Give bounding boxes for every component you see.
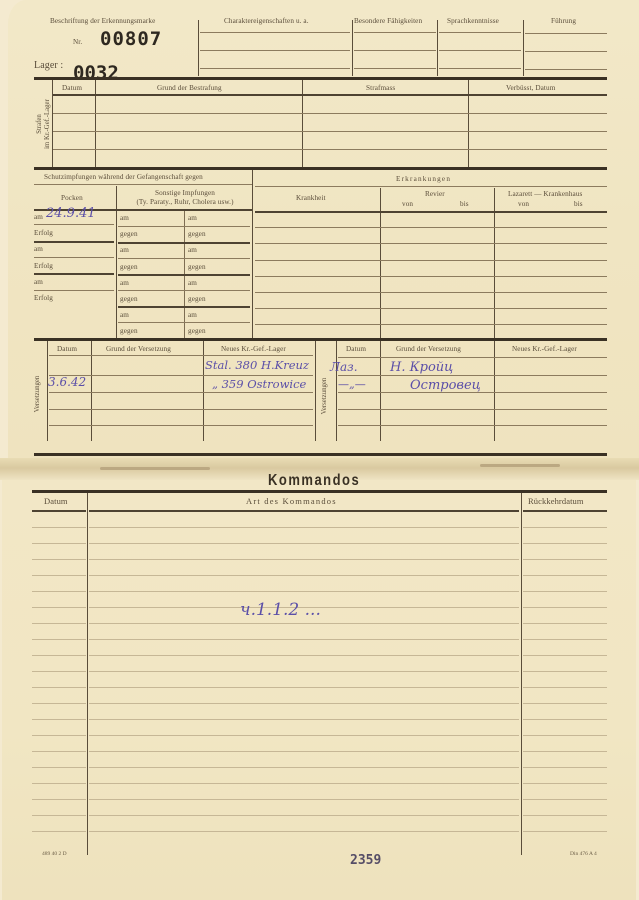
ruled-line: [32, 623, 86, 624]
kommandos-col-datum: Datum: [44, 496, 68, 506]
pocken-row-label: Erfolg: [34, 294, 53, 302]
table-row: [53, 131, 607, 132]
pocken-row-label: am: [34, 278, 43, 286]
ruled-line: [89, 575, 519, 576]
versetzung-new-camp: Stal. 380 H.Kreuz: [205, 358, 309, 372]
versetzung-reason-ru: Н. Кройц: [390, 360, 453, 375]
ruled-line: [32, 655, 86, 656]
strafen-col-grund: Grund der Bestrafung: [157, 84, 222, 92]
divider: [494, 341, 495, 441]
rule: [354, 32, 436, 33]
strafen-col-verbuesst: Verbüsst, Datum: [506, 84, 555, 92]
divider: [521, 493, 522, 855]
ruled-line: [89, 623, 519, 624]
divider: [437, 20, 438, 76]
divider: [252, 170, 253, 338]
lazarett-von-label: von: [518, 200, 529, 208]
pocken-vaccination-date: 24.9.41: [46, 206, 96, 221]
sonstige-row-label: gegen: [120, 327, 138, 335]
sonstige-label-1: Sonstige Impfungen: [118, 189, 252, 197]
ruled-line: [523, 751, 607, 752]
ruled-line: [523, 799, 607, 800]
ruled-line: [89, 527, 519, 528]
faehigkeiten-label: Besondere Fähigkeiten: [354, 17, 422, 25]
rule: [89, 510, 519, 512]
versetzung-col-lager: Neues Kr.-Gef.-Lager: [512, 345, 577, 353]
table-row: [53, 113, 607, 114]
ruled-line: [32, 527, 86, 528]
rule: [118, 290, 250, 291]
rule: [200, 32, 350, 33]
sonstige-row-label: gegen: [188, 230, 206, 238]
pocken-row-label: am: [34, 245, 43, 253]
rule: [354, 50, 436, 51]
ruled-line: [32, 783, 86, 784]
pocken-row-label: Erfolg: [34, 229, 53, 237]
sonstige-row-label: am: [120, 311, 129, 319]
erkennungsmarke-label: Beschriftung der Erkennungsmarke: [50, 17, 155, 25]
sprachkenntnisse-label: Sprachkenntnisse: [447, 17, 499, 25]
divider: [87, 493, 88, 855]
ruled-line: [89, 703, 519, 704]
ruled-line: [32, 735, 86, 736]
ruled-line: [32, 751, 86, 752]
ruled-line: [32, 703, 86, 704]
table-row: [255, 260, 607, 261]
table-row: [255, 276, 607, 277]
table-row: [255, 292, 607, 293]
ruled-line: [32, 543, 86, 544]
sonstige-row-label: gegen: [188, 263, 206, 271]
table-row: [53, 149, 607, 150]
table-row: [255, 227, 607, 228]
revier-von-label: von: [402, 200, 413, 208]
ruled-line: [89, 655, 519, 656]
charakter-label: Charaktereigenschaften u. a.: [224, 17, 309, 25]
sonstige-row-label: gegen: [120, 295, 138, 303]
rule: [439, 50, 521, 51]
sonstige-row-label: am: [188, 246, 197, 254]
divider: [203, 341, 204, 441]
ruled-line: [32, 607, 86, 608]
ruled-line: [523, 671, 607, 672]
divider: [523, 20, 524, 76]
ink-stamp-number: 2359: [350, 853, 381, 868]
divider: [380, 341, 381, 441]
section-border: [34, 338, 607, 341]
ruled-line: [32, 831, 86, 832]
rule: [354, 68, 436, 69]
impfungen-title: Schutzimpfungen während der Gefangenscha…: [44, 173, 203, 181]
ruled-line: [523, 783, 607, 784]
rule: [525, 51, 607, 52]
table-row: [255, 243, 607, 244]
versetzung-col-lager: Neues Kr.-Gef.-Lager: [221, 345, 286, 353]
kommandos-col-art: Art des Kommandos: [246, 496, 337, 506]
rule: [118, 322, 250, 323]
ruled-line: [32, 575, 86, 576]
rule: [118, 242, 250, 244]
rule: [255, 211, 607, 213]
lazarett-bis-label: bis: [574, 200, 583, 208]
ruled-line: [523, 527, 607, 528]
rule: [200, 50, 350, 51]
versetzung-reason-ru: Островец: [410, 378, 481, 393]
ruled-line: [32, 719, 86, 720]
rule: [34, 184, 252, 185]
ruled-line: [32, 671, 86, 672]
rule: [439, 32, 521, 33]
ruled-line: [523, 655, 607, 656]
fold-crease: [480, 464, 560, 467]
fuehrung-label: Führung: [551, 17, 576, 25]
rule: [118, 258, 250, 259]
ruled-line: [89, 767, 519, 768]
ruled-line: [523, 591, 607, 592]
sonstige-row-label: am: [188, 279, 197, 287]
sonstige-label-2: (Ty. Paraty., Ruhr, Cholera usw.): [118, 198, 252, 206]
divider: [198, 20, 199, 76]
ruled-line: [89, 815, 519, 816]
ruled-line: [89, 751, 519, 752]
rule: [525, 69, 607, 70]
ruled-line: [32, 815, 86, 816]
ruled-line: [89, 735, 519, 736]
versetzung-date: 3.6.42: [48, 375, 86, 389]
table-row: [49, 392, 313, 393]
section-border: [34, 453, 607, 456]
ruled-line: [523, 703, 607, 704]
ruled-line: [523, 831, 607, 832]
rule: [255, 186, 607, 187]
table-row: [338, 425, 607, 426]
ruled-line: [89, 799, 519, 800]
revier-label: Revier: [425, 190, 445, 198]
rule: [34, 224, 114, 225]
sonstige-row-label: am: [120, 279, 129, 287]
ruled-line: [523, 687, 607, 688]
ruled-line: [32, 767, 86, 768]
ruled-line: [89, 591, 519, 592]
versetzung-new-camp: „ 359 Ostrowice: [212, 377, 306, 391]
ruled-line: [523, 607, 607, 608]
divider: [352, 20, 353, 76]
pocken-label: Pocken: [61, 194, 83, 202]
form-code-right: Din 476 A 4: [570, 851, 597, 857]
table-row: [338, 409, 607, 410]
kommandos-title: Kommandos: [268, 471, 360, 489]
ruled-line: [523, 559, 607, 560]
pocken-row-label: Erfolg: [34, 262, 53, 270]
form-code-left: 489 40 2 D: [42, 851, 67, 857]
section-border: [34, 167, 607, 170]
table-row: [338, 375, 607, 376]
rule: [118, 226, 250, 227]
versetzung-col-grund: Grund der Versetzung: [106, 345, 171, 353]
ruled-line: [32, 687, 86, 688]
lazarett-label: Lazarett — Krankenhaus: [508, 190, 582, 198]
rule: [118, 306, 250, 308]
rule: [439, 68, 521, 69]
sonstige-row-label: am: [120, 246, 129, 254]
ruled-line: [89, 783, 519, 784]
rule: [338, 357, 607, 358]
ruled-line: [523, 767, 607, 768]
ruled-line: [32, 639, 86, 640]
ruled-line: [89, 543, 519, 544]
rule: [32, 510, 86, 512]
lager-label: Lager :: [34, 60, 63, 71]
divider: [336, 341, 337, 441]
rule: [53, 94, 607, 96]
ruled-line: [523, 735, 607, 736]
strafen-col-datum: Datum: [62, 84, 82, 92]
ruled-line: [32, 591, 86, 592]
ruled-line: [523, 815, 607, 816]
krankheit-label: Krankheit: [296, 194, 326, 202]
ruled-line: [32, 559, 86, 560]
sonstige-row-label: am: [188, 214, 197, 222]
versetzungen-side-label: Versetzungen: [321, 366, 329, 426]
ruled-line: [89, 639, 519, 640]
pocken-row-label: am: [34, 213, 43, 221]
sonstige-row-label: gegen: [120, 230, 138, 238]
ruled-line: [89, 831, 519, 832]
sonstige-row-label: am: [120, 214, 129, 222]
kommandos-col-rueckkehr: Rückkehrdatum: [528, 496, 584, 506]
ruled-line: [523, 719, 607, 720]
ruled-line: [523, 543, 607, 544]
kommando-handwritten-entry: ч.1.1.2 ...: [240, 600, 321, 620]
versetzung-col-datum: Datum: [346, 345, 366, 353]
table-row: [49, 425, 313, 426]
divider: [47, 341, 48, 441]
erkrankungen-title: Erkrankungen: [396, 175, 451, 183]
strafen-side-label-1: Strafen: [36, 94, 44, 154]
divider: [91, 341, 92, 441]
nr-label: Nr.: [73, 38, 82, 46]
versetzung-col-grund: Grund der Versetzung: [396, 345, 461, 353]
ruled-line: [32, 799, 86, 800]
table-row: [255, 324, 607, 325]
fold-crease: [100, 467, 210, 470]
rule: [525, 33, 607, 34]
table-row: [255, 308, 607, 309]
ruled-line: [89, 671, 519, 672]
table-row: [49, 409, 313, 410]
strafen-side-label: Strafen im Kr.-Gef.-Lager: [36, 94, 52, 154]
strafen-side-label-2: im Kr.-Gef.-Lager: [44, 94, 52, 154]
ruled-line: [523, 575, 607, 576]
rule: [49, 355, 313, 356]
versetzung-col-datum: Datum: [57, 345, 77, 353]
divider: [315, 341, 316, 441]
versetzung-note-ru: Лаз.: [330, 360, 358, 374]
sonstige-row-label: gegen: [188, 327, 206, 335]
nr-value: 00807: [100, 28, 162, 50]
versetzungen-side-label: Versetzungen: [34, 364, 42, 424]
sonstige-row-label: gegen: [188, 295, 206, 303]
sonstige-row-label: gegen: [120, 263, 138, 271]
ruled-line: [89, 687, 519, 688]
lower-page: [2, 476, 636, 900]
rule: [523, 510, 607, 512]
strafen-col-strafmass: Strafmass: [366, 84, 395, 92]
rule: [34, 257, 114, 258]
ruled-line: [523, 623, 607, 624]
table-row: [49, 375, 313, 376]
section-border: [34, 77, 607, 80]
ruled-line: [523, 639, 607, 640]
sonstige-row-label: am: [188, 311, 197, 319]
rule: [200, 68, 350, 69]
ruled-line: [89, 719, 519, 720]
rule: [34, 290, 114, 291]
versetzung-note-ru: —„—: [338, 378, 366, 391]
revier-bis-label: bis: [460, 200, 469, 208]
rule: [34, 273, 114, 275]
rule: [118, 274, 250, 276]
ruled-line: [89, 559, 519, 560]
rule: [34, 241, 114, 243]
